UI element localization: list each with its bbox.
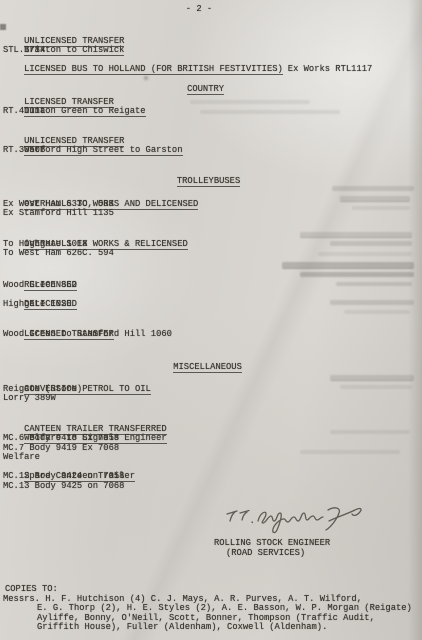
signatory-department: (ROAD SERVICES) — [226, 549, 305, 559]
bleedthrough-mark — [200, 110, 340, 114]
bleedthrough-mark — [340, 385, 412, 389]
entry-vehicle: RT.4111a — [3, 107, 45, 117]
entry-line: Ex Stamford Hill 1135 — [3, 209, 114, 219]
bleedthrough-mark — [336, 282, 412, 286]
bleedthrough-mark — [300, 450, 400, 454]
holland-heading: LICENSED BUS TO HOLLAND (FOR BRITISH FES… — [24, 64, 283, 75]
bleedthrough-mark — [300, 232, 412, 238]
holland-entry: LICENSED BUS TO HOLLAND (FOR BRITISH FES… — [3, 56, 372, 75]
bleedthrough-mark — [318, 252, 412, 256]
entry-vehicle: STL.1784 — [3, 46, 45, 56]
section-title-miscellaneous: MISCELLANEOUS — [0, 353, 408, 372]
bleedthrough-mark — [330, 375, 414, 381]
bleedthrough-mark — [190, 100, 310, 104]
page-edge-shadow — [408, 0, 422, 640]
entry-line: MC.13 Body 9425 on 7068 — [3, 482, 124, 492]
bleedthrough-mark — [352, 206, 410, 210]
bleedthrough-mark — [344, 310, 410, 314]
section-title-miscellaneous-text: MISCELLANEOUS — [173, 362, 242, 373]
bleedthrough-mark — [340, 196, 410, 202]
bleedthrough-mark — [300, 272, 414, 277]
holland-detail: Ex Works RTL1117 — [288, 64, 372, 74]
bleedthrough-mark — [330, 300, 414, 305]
entry-line: Highgate 1020 — [3, 300, 72, 310]
handwritten-signature — [222, 497, 382, 539]
entry-line: Welfare — [3, 453, 40, 463]
bleedthrough-mark — [332, 186, 414, 191]
bleedthrough-mark — [282, 262, 414, 269]
entry-line: To West Ham 626C. 594 — [3, 249, 114, 259]
entry-vehicle: RT.3050B — [3, 146, 45, 156]
bleedthrough-mark — [330, 430, 410, 434]
section-title-trolleybuses: TROLLEYBUSES — [0, 167, 409, 186]
entry-line: Wood Green 862 — [3, 281, 77, 291]
copies-line: Griffith House), Fuller (Aldenham), Coxw… — [37, 623, 327, 633]
entry-line: Lorry 389W — [3, 394, 56, 404]
entry-route-text: Watford High Street to Garston — [24, 145, 182, 156]
section-title-trolleybuses-text: TROLLEYBUSES — [177, 176, 240, 187]
scan-artifact — [143, 75, 149, 81]
bleedthrough-mark — [330, 241, 412, 246]
page-number: - 2 - — [0, 5, 410, 15]
entry-line: Wood Green to Stamford Hill 1060 — [3, 330, 172, 340]
document-page: - 2 - UNLICENSED TRANSFER Brixton to Chi… — [0, 0, 422, 640]
section-title-country-text: COUNTRY — [187, 84, 224, 95]
